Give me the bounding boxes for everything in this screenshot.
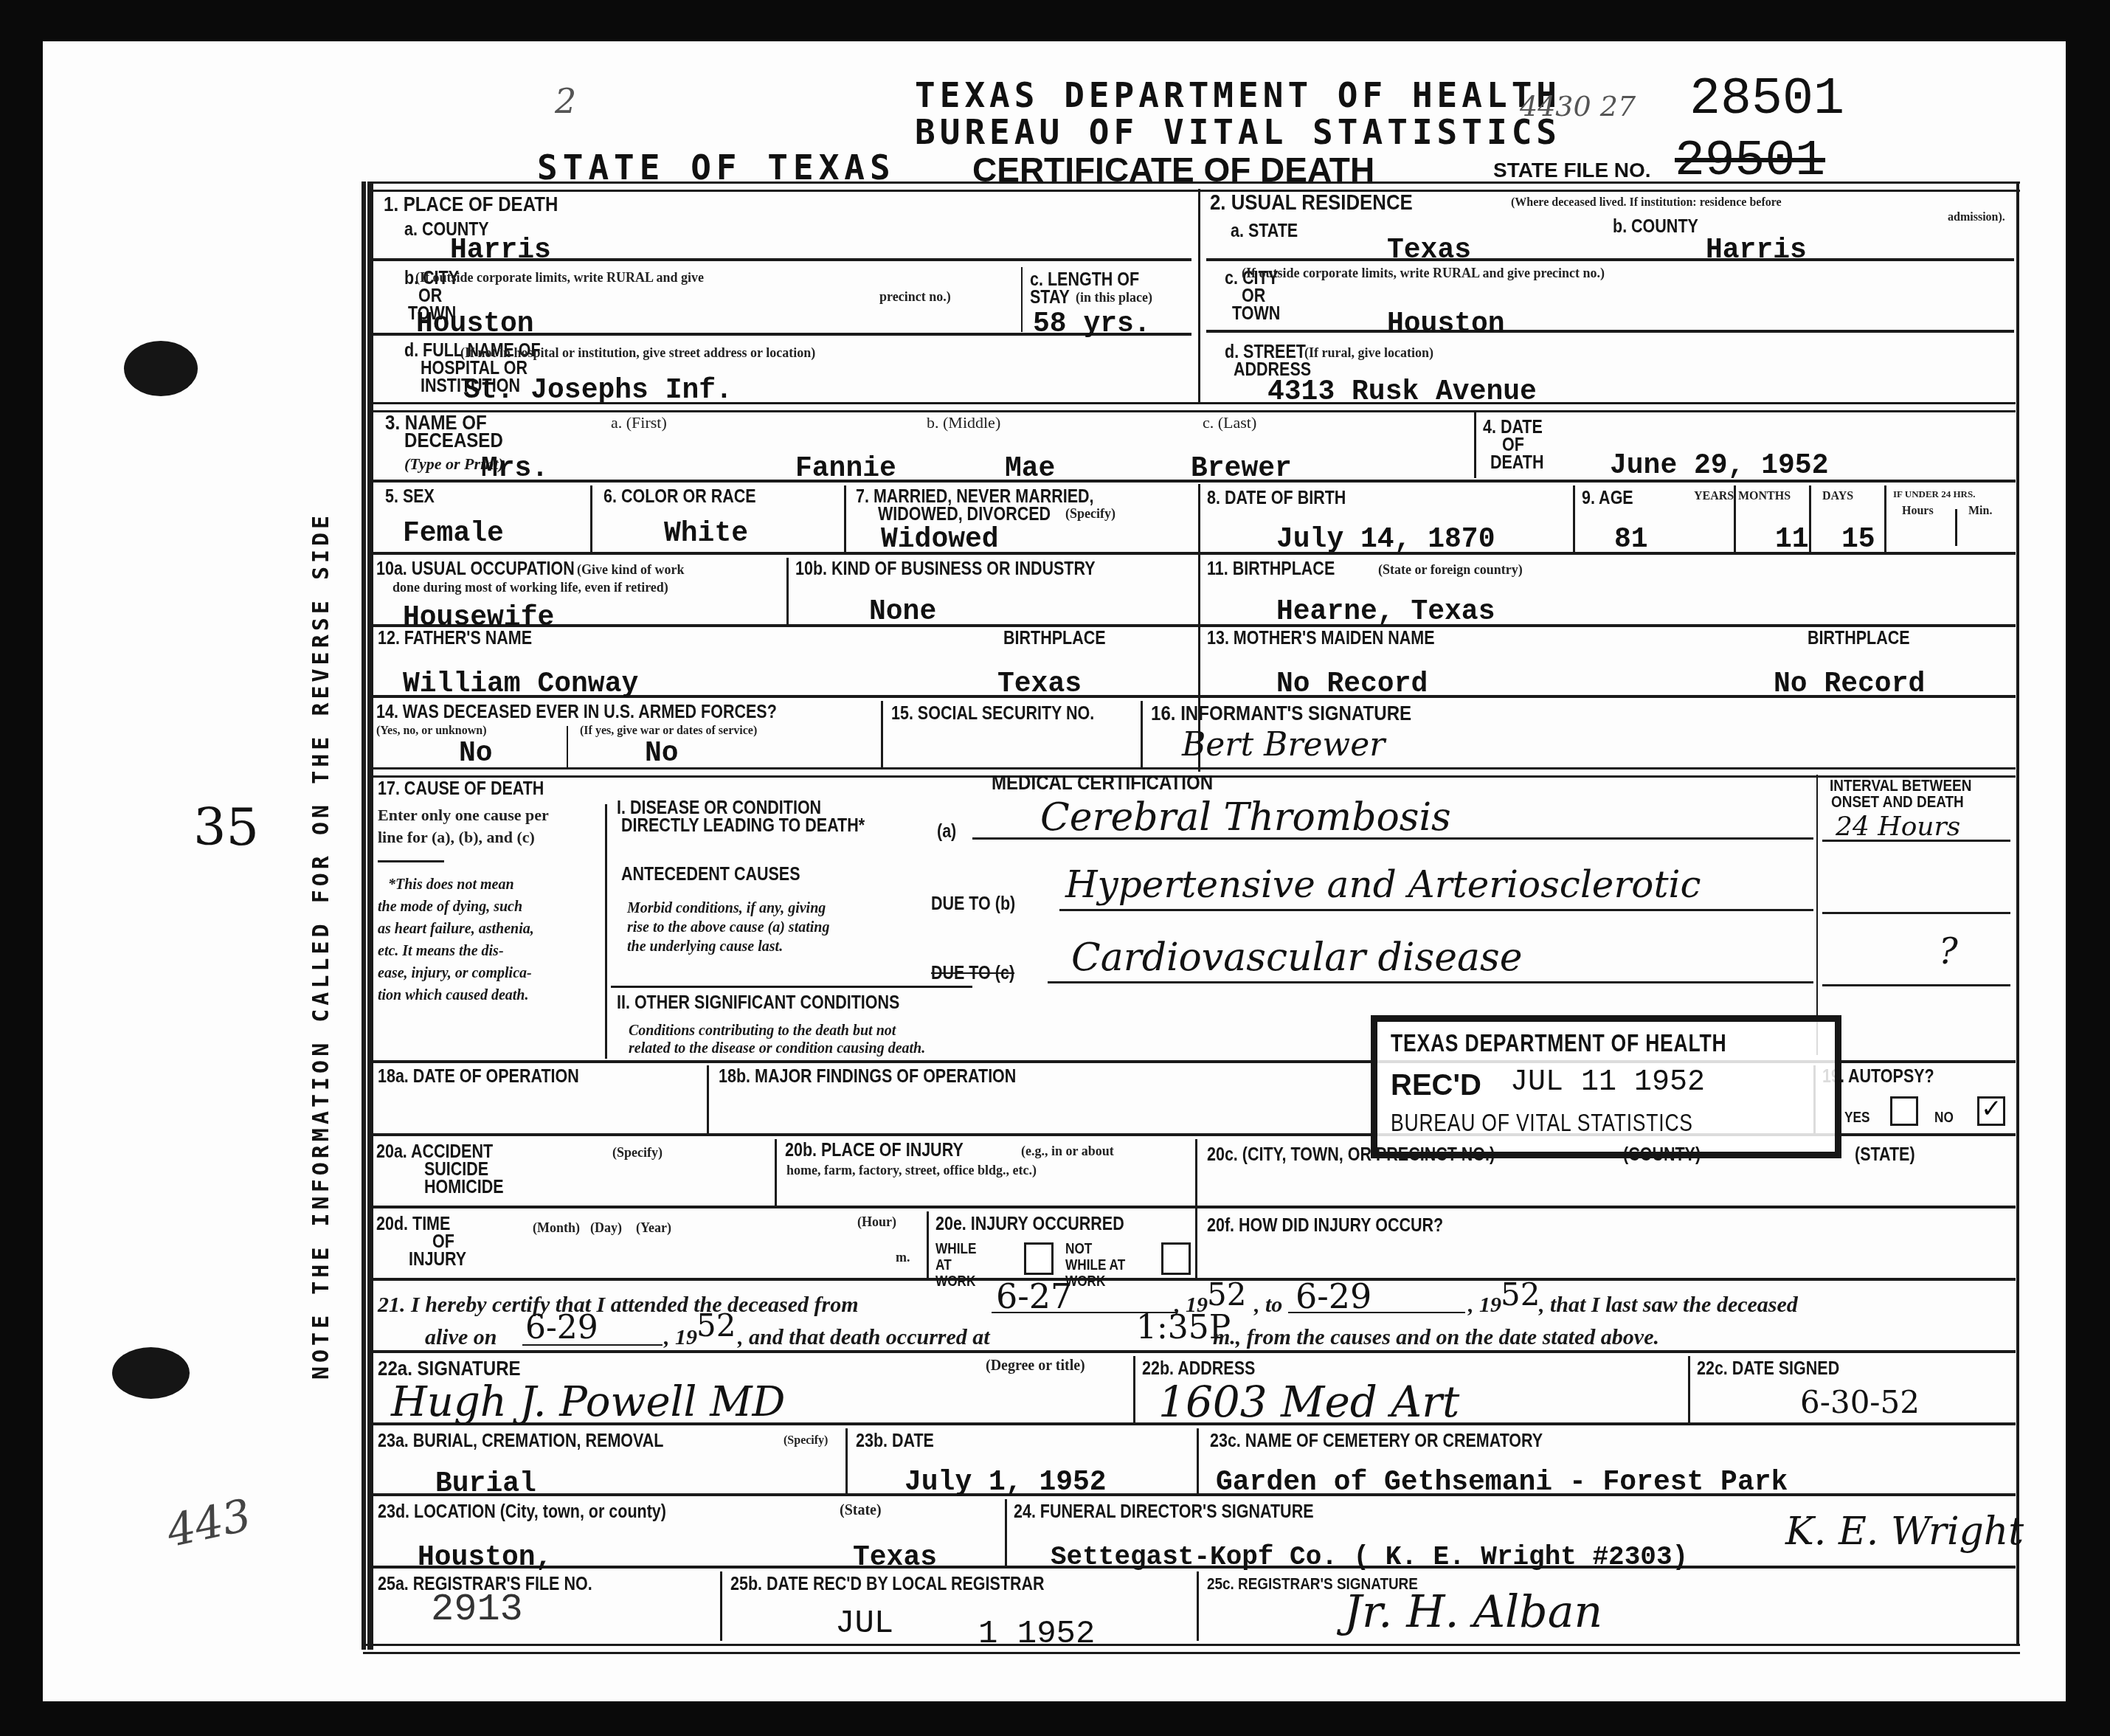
stamp-date: JUL 11 1952: [1510, 1066, 1705, 1099]
city-note-2: precinct no.): [879, 289, 951, 305]
residence-county-label: b. COUNTY: [1613, 217, 1698, 236]
cause-note-2: line for (a), (b), and (c): [378, 828, 535, 847]
punch-hole-bottom: [112, 1347, 190, 1399]
divider: [927, 1211, 929, 1278]
injury-place-note: (e.g., in or about: [1021, 1144, 1114, 1159]
name-label-2: DECEASED: [404, 431, 503, 450]
months-label: MONTHS: [1738, 490, 1791, 503]
informant-label: 16. INFORMANT'S SIGNATURE: [1151, 704, 1411, 723]
divider-stay: [1021, 267, 1023, 332]
injury-place-label: 20b. PLACE OF INJURY: [785, 1141, 964, 1160]
stamp-line-3: BUREAU OF VITAL STATISTICS: [1391, 1109, 1693, 1138]
usual-residence-label: 2. USUAL RESIDENCE: [1210, 193, 1413, 212]
divider: [1688, 1356, 1690, 1424]
father-value: William Conway: [403, 668, 638, 700]
birthplace-value: Hearne, Texas: [1276, 596, 1495, 628]
hour-label: (Hour): [857, 1214, 896, 1230]
divider: [1197, 1571, 1199, 1641]
burial-value: Burial: [435, 1468, 536, 1500]
race-label: 6. COLOR OR RACE: [603, 487, 756, 506]
hospital-value: St. Josephs Inf.: [463, 375, 733, 407]
divider: [845, 1428, 848, 1495]
deceased-title: Mrs.: [481, 453, 548, 485]
deceased-first: Fannie: [795, 453, 896, 485]
burial-date-value: July 1, 1952: [904, 1467, 1107, 1498]
received-stamp: TEXAS DEPARTMENT OF HEALTH REC'D JUL 11 …: [1371, 1015, 1841, 1158]
not-while-label: NOT WHILE AT WORK: [1065, 1241, 1135, 1290]
business-value: None: [869, 596, 936, 628]
divider: [775, 1139, 777, 1207]
location-value: Houston,: [418, 1542, 552, 1574]
interval-label-2: ONSET AND DEATH: [1831, 792, 1964, 812]
marital-label-2: WIDOWED, DIVORCED: [878, 505, 1051, 524]
rule: [369, 1350, 2016, 1353]
certify-text-4: , and that death occurred at: [738, 1325, 990, 1350]
to-year: 52: [1501, 1276, 1540, 1313]
divider: [1197, 1428, 1199, 1495]
race-value: White: [664, 518, 748, 550]
under24-label: IF UNDER 24 HRS.: [1893, 488, 1975, 500]
day-label: (Day): [590, 1220, 622, 1236]
date-of-death: June 29, 1952: [1610, 450, 1828, 482]
armed-forces-label: 14. WAS DECEASED EVER IN U.S. ARMED FORC…: [376, 702, 777, 722]
divider: [1005, 1499, 1007, 1567]
autopsy-yes-label: YES: [1844, 1108, 1869, 1127]
check-mark-icon: ✓: [1981, 1094, 2002, 1124]
funeral-director-label: 24. FUNERAL DIRECTOR'S SIGNATURE: [1014, 1502, 1313, 1521]
asterisk-note-5: ease, injury, or complica-: [378, 965, 532, 982]
medical-heading: MEDICAL CERTIFICATION: [992, 773, 1213, 792]
to-label: , to: [1254, 1293, 1282, 1318]
last-name-label: c. (Last): [1203, 413, 1256, 432]
divider: [707, 1065, 709, 1133]
divider-1-2: [1198, 189, 1200, 404]
divider: [590, 485, 592, 552]
autopsy-no-label: NO: [1934, 1108, 1954, 1127]
address-label: 22b. ADDRESS: [1142, 1359, 1255, 1378]
asterisk-note-3: as heart failure, asthenia,: [378, 921, 534, 938]
hours-label: Hours: [1902, 505, 1934, 518]
time-of-injury-label-3: INJURY: [409, 1250, 466, 1269]
registrar-file-value: 2913: [431, 1588, 523, 1631]
margin-mark-35: 35: [193, 797, 259, 857]
birthplace-note: (State or foreign country): [1378, 562, 1523, 578]
divider: [567, 726, 568, 767]
morbid-note-2: rise to the above cause (a) stating: [627, 919, 829, 936]
cause-note: Enter only one cause per: [378, 806, 549, 825]
cause-c-value: Cardiovascular disease: [1071, 936, 1522, 980]
divider: [1141, 701, 1143, 769]
part2-note-1: Conditions contributing to the death but…: [629, 1023, 896, 1040]
injury-location-label: 20c. (CITY, TOWN, OR PRECINCT NO.): [1207, 1145, 1495, 1164]
place-of-death-label: 1. PLACE OF DEATH: [384, 195, 558, 214]
residence-note-2: admission).: [1948, 211, 2005, 224]
part2-note-2: related to the disease or condition caus…: [629, 1040, 925, 1057]
alive-on: 6-29: [525, 1309, 598, 1346]
divider: [720, 1571, 722, 1641]
location-state-value: Texas: [853, 1542, 937, 1574]
rule: [369, 1206, 2016, 1208]
mother-birthplace-value: No Record: [1774, 668, 1925, 700]
date-signed-label: 22c. DATE SIGNED: [1697, 1359, 1839, 1378]
degree-label: (Degree or title): [986, 1358, 1085, 1374]
part1-label-2: DIRECTLY LEADING TO DEATH*: [621, 816, 865, 835]
age-months: 11: [1775, 524, 1809, 556]
informant-signature: Bert Brewer: [1182, 726, 1385, 764]
dod-label-3: DEATH: [1490, 453, 1543, 472]
physician-signature: Hugh J. Powell MD: [391, 1378, 785, 1426]
occupation-note: (Give kind of work: [577, 562, 685, 578]
sex-label: 5. SEX: [385, 487, 435, 506]
rule-notes: [378, 860, 444, 862]
month-label: (Month): [533, 1220, 580, 1236]
part2-label: II. OTHER SIGNIFICANT CONDITIONS: [617, 993, 899, 1012]
injury-specify: (Specify): [612, 1145, 663, 1161]
certify-text-3: alive on: [425, 1325, 497, 1350]
divider: [1573, 485, 1575, 552]
location-label: 23d. LOCATION (City, town, or county): [378, 1502, 666, 1521]
marital-value: Widowed: [881, 524, 999, 556]
residence-town-label: TOWN: [1232, 304, 1280, 323]
physician-address: 1603 Med Art: [1158, 1377, 1459, 1427]
location-state-label: (State): [840, 1502, 882, 1519]
age-label: 9. AGE: [1582, 488, 1633, 508]
divider: [1734, 485, 1736, 552]
stamp-line-1: TEXAS DEPARTMENT OF HEALTH: [1391, 1029, 1726, 1058]
residence-city-value: Houston: [1387, 308, 1505, 340]
father-birthplace-label: BIRTHPLACE: [1003, 629, 1106, 648]
bureau-name: BUREAU OF VITAL STATISTICS: [915, 112, 1561, 152]
armed-dates-note: (If yes, give war or dates of service): [580, 725, 757, 738]
operation-date-label: 18a. DATE OF OPERATION: [378, 1067, 579, 1086]
rule-interval-b: [1822, 912, 2010, 914]
dob-value: July 14, 1870: [1276, 524, 1495, 556]
marital-specify: (Specify): [1065, 506, 1115, 522]
hospital-note: (If not in hospital or institution, give…: [460, 345, 815, 361]
rule: [369, 1278, 2016, 1281]
occupation-note-2: done during most of working life, even i…: [392, 580, 668, 595]
divider: [881, 701, 883, 769]
street-note: (If rural, give location): [1304, 345, 1433, 361]
stay-value: 58 yrs.: [1033, 308, 1151, 340]
divider: [1884, 485, 1886, 552]
alive-year: 52: [696, 1307, 736, 1344]
stamped-prefix: 4430 27: [1520, 90, 1636, 122]
cause-a-value: Cerebral Thrombosis: [1040, 795, 1451, 840]
autopsy-yes-checkbox[interactable]: [1890, 1096, 1918, 1126]
birthplace-label: 11. BIRTHPLACE: [1207, 559, 1335, 578]
state-file-label: STATE FILE NO.: [1493, 159, 1651, 182]
divider: [844, 485, 846, 552]
funeral-director-signature: K. E. Wright: [1785, 1510, 2024, 1554]
mother-birthplace-label: BIRTHPLACE: [1808, 629, 1910, 648]
year-prefix-3: , 19: [664, 1325, 697, 1350]
injury-type-label-3: HOMICIDE: [424, 1177, 504, 1197]
registrar-signature: Jr. H. Alban: [1344, 1586, 1602, 1638]
divider-interval: [1816, 775, 1818, 1055]
residence-note: (Where deceased lived. If institution: r…: [1511, 196, 1782, 210]
residence-state-label: a. STATE: [1231, 221, 1298, 241]
year-label: (Year): [636, 1220, 671, 1236]
stay-label-2: STAY: [1030, 288, 1070, 307]
asterisk-note-1: *This does not mean: [388, 876, 514, 893]
line-a-label: (a): [937, 822, 956, 841]
how-injury-label: 20f. HOW DID INJURY OCCUR?: [1207, 1216, 1443, 1235]
agency-name: TEXAS DEPARTMENT OF HEALTH: [915, 75, 1561, 115]
city-note: (If outside corporate limits, write RURA…: [415, 270, 704, 286]
due-to-c-label: DUE TO (c): [931, 964, 1014, 983]
residence-state-value: Texas: [1387, 235, 1471, 266]
injury-state-label: (STATE): [1855, 1145, 1915, 1164]
m-label: m.: [896, 1250, 910, 1265]
divider: [1809, 485, 1811, 552]
signature-label: 22a. SIGNATURE: [378, 1359, 521, 1378]
divider-name-dod: [1474, 410, 1476, 478]
date-signed-value: 6-30-52: [1800, 1384, 1920, 1420]
stamped-number: 28501: [1689, 71, 1844, 129]
deceased-last: Brewer: [1191, 453, 1292, 485]
year-prefix-2: , 19: [1468, 1293, 1501, 1318]
attended-to: 6-29: [1296, 1276, 1371, 1316]
asterisk-note-2: the mode of dying, such: [378, 899, 522, 916]
divider: [786, 558, 789, 624]
autopsy-no-checkbox[interactable]: ✓: [1977, 1096, 2005, 1126]
occupation-label: 10a. USUAL OCCUPATION: [376, 559, 575, 578]
injury-place-note-2: home, farm, factory, street, office bldg…: [786, 1163, 1037, 1178]
form-right-border: [2016, 181, 2019, 1646]
dob-label: 8. DATE OF BIRTH: [1207, 488, 1346, 508]
rule: [1206, 258, 2014, 261]
local-registrar-month: JUL: [835, 1605, 893, 1642]
cause-label: 17. CAUSE OF DEATH: [378, 779, 544, 798]
local-registrar-date: 1 1952: [978, 1616, 1095, 1653]
attended-from: 6-27: [996, 1276, 1072, 1316]
divider-cause-notes: [605, 804, 607, 1059]
divider: [1133, 1356, 1135, 1424]
stamp-recd: REC'D: [1391, 1069, 1481, 1102]
rule-part2: [611, 986, 972, 988]
certify-text-5: m., from the causes and on the date stat…: [1213, 1325, 1659, 1350]
certify-text-2: , that I last saw the deceased: [1539, 1293, 1798, 1318]
asterisk-note-6: tion which caused death.: [378, 987, 528, 1004]
father-label: 12. FATHER'S NAME: [378, 629, 532, 648]
ssn-label: 15. SOCIAL SECURITY NO.: [891, 704, 1094, 723]
mother-value: No Record: [1276, 668, 1428, 700]
while-at-work-label: WHILE AT WORK: [935, 1241, 986, 1290]
antecedent-label: ANTECEDENT CAUSES: [621, 865, 800, 884]
age-years: 81: [1614, 524, 1648, 556]
rule-cause-b: [1059, 909, 1813, 911]
cemetery-label: 23c. NAME OF CEMETERY OR CREMATORY: [1210, 1431, 1543, 1450]
morbid-note-3: the underlying cause last.: [627, 938, 783, 955]
years-label: YEARS: [1694, 490, 1734, 503]
sex-value: Female: [403, 518, 504, 550]
reverse-side-note: NOTE THE INFORMATION CALLED FOR ON THE R…: [308, 512, 334, 1380]
funeral-director-value: Settegast-Kopf Co. ( K. E. Wright #2303): [1051, 1542, 1688, 1572]
certify-text-1: 21. I hereby certify that I attended the…: [378, 1293, 859, 1318]
rule-interval-c: [1822, 984, 2010, 986]
form-bottom-border: [363, 1644, 2020, 1654]
due-to-b-label: DUE TO (b): [931, 894, 1015, 913]
divider: [1195, 1139, 1197, 1279]
residence-county-value: Harris: [1706, 235, 1807, 266]
death-county-value: Harris: [450, 235, 551, 266]
rule-cause-c: [1048, 981, 1813, 983]
stay-note: (in this place): [1076, 290, 1152, 305]
corner-mark: 2: [555, 81, 576, 121]
punch-hole-top: [124, 341, 198, 396]
burial-specify: (Specify): [784, 1434, 828, 1448]
cemetery-value: Garden of Gethsemani - Forest Park: [1216, 1467, 1788, 1498]
business-label: 10b. KIND OF BUSINESS OR INDUSTRY: [795, 559, 1096, 578]
death-city-value: Houston: [416, 308, 534, 340]
local-registrar-date-label: 25b. DATE REC'D BY LOCAL REGISTRAR: [730, 1574, 1045, 1594]
divider: [1955, 509, 1957, 546]
injury-county-label: (COUNTY): [1623, 1145, 1701, 1164]
injury-occurred-label: 20e. INJURY OCCURRED: [935, 1214, 1124, 1234]
days-label: DAYS: [1822, 490, 1853, 503]
armed-note: (Yes, no, or unknown): [376, 725, 487, 738]
first-name-label: a. (First): [611, 413, 667, 432]
armed-forces-value: No: [459, 738, 493, 770]
father-birthplace-value: Texas: [997, 668, 1082, 700]
form-top-border: [363, 181, 2020, 192]
form-left-border: [362, 181, 367, 1650]
deceased-middle: Mae: [1005, 453, 1055, 485]
rule: [369, 552, 2016, 555]
morbid-note-1: Morbid conditions, if any, giving: [627, 900, 826, 917]
interval-a-value: 24 Hours: [1836, 812, 1960, 842]
rule: [1206, 330, 2014, 333]
interval-c-value: ?: [1939, 931, 1958, 972]
while-at-work-checkbox[interactable]: [1024, 1242, 1054, 1275]
armed-dates-value: No: [645, 738, 679, 770]
middle-name-label: b. (Middle): [927, 413, 1000, 432]
from-year: 52: [1207, 1276, 1246, 1313]
operation-findings-label: 18b. MAJOR FINDINGS OF OPERATION: [719, 1067, 1016, 1086]
burial-label: 23a. BURIAL, CREMATION, REMOVAL: [378, 1431, 663, 1450]
not-while-checkbox[interactable]: [1161, 1242, 1191, 1275]
cause-b-value: Hypertensive and Arteriosclerotic: [1065, 863, 1701, 906]
street-value: 4313 Rusk Avenue: [1267, 376, 1537, 408]
asterisk-note-4: etc. It means the dis-: [378, 943, 504, 960]
min-label: Min.: [1968, 505, 1992, 518]
age-days: 15: [1841, 524, 1875, 556]
mother-label: 13. MOTHER'S MAIDEN NAME: [1207, 629, 1435, 648]
burial-date-label: 23b. DATE: [856, 1431, 934, 1450]
residence-city-note: (If outside corporate limits, write RURA…: [1242, 266, 1605, 281]
rule: [369, 624, 2016, 627]
